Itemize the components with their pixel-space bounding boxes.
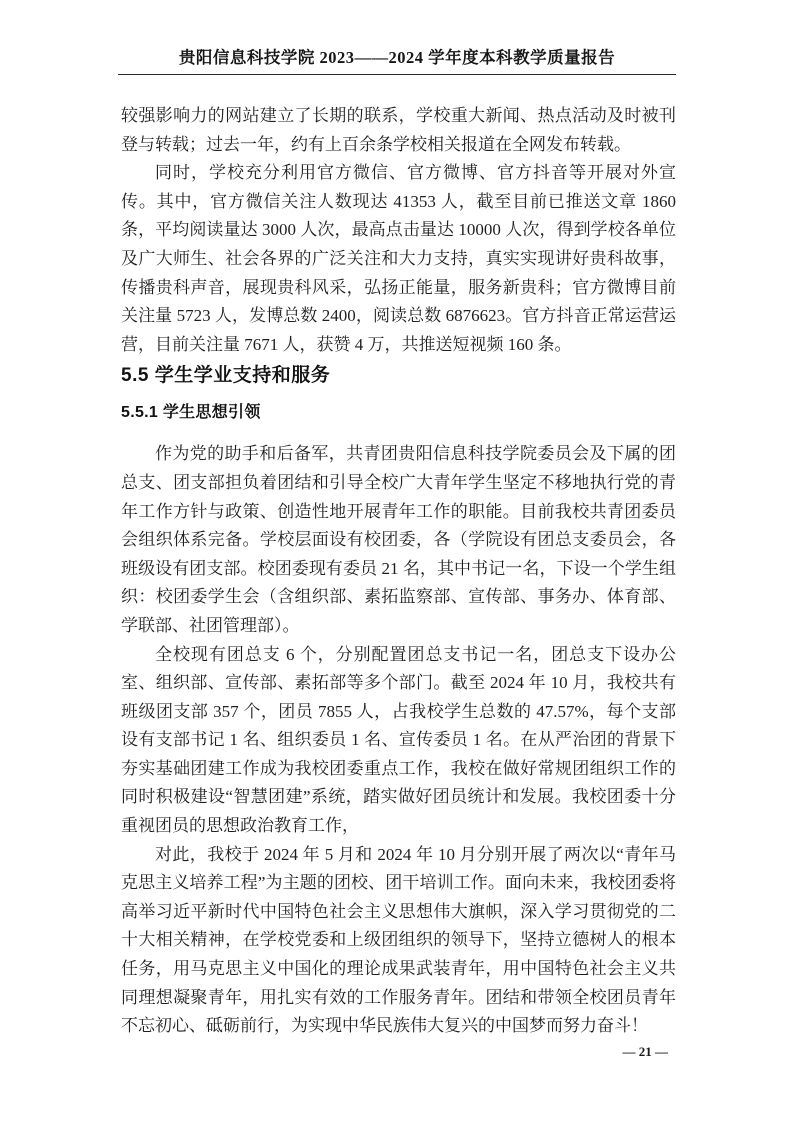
document-body: 较强影响力的网站建立了长期的联系，学校重大新闻、热点活动及时被刊登与转载；过去一… bbox=[121, 102, 676, 1041]
page-number: — 21 — bbox=[623, 1044, 669, 1060]
page-header: 贵阳信息科技学院 2023——2024 学年度本科教学质量报告 bbox=[118, 46, 676, 70]
body-paragraph-training-outlook: 对此，我校于 2024 年 5 月和 2024 年 10 月分别开展了两次以“青… bbox=[121, 841, 676, 1041]
section-heading-5-5: 5.5 学生学业支持和服务 bbox=[121, 363, 676, 389]
body-paragraph-media-stats: 同时，学校充分利用官方微信、官方微博、官方抖音等开展对外宣传。其中，官方微信关注… bbox=[121, 159, 676, 359]
document-page: 贵阳信息科技学院 2023——2024 学年度本科教学质量报告 较强影响力的网站… bbox=[0, 0, 793, 1122]
body-paragraph-continuation: 较强影响力的网站建立了长期的联系，学校重大新闻、热点活动及时被刊登与转载；过去一… bbox=[121, 102, 676, 159]
header-rule-divider bbox=[118, 74, 676, 75]
subsection-heading-5-5-1: 5.5.1 学生思想引领 bbox=[121, 402, 676, 424]
body-paragraph-league-statistics: 全校现有团总支 6 个，分别配置团总支书记一名，团总支下设办公室、组织部、宣传部… bbox=[121, 641, 676, 841]
body-paragraph-league-structure: 作为党的助手和后备军，共青团贵阳信息科技学院委员会及下属的团总支、团支部担负着团… bbox=[121, 440, 676, 640]
header-title: 贵阳信息科技学院 2023——2024 学年度本科教学质量报告 bbox=[118, 46, 676, 70]
